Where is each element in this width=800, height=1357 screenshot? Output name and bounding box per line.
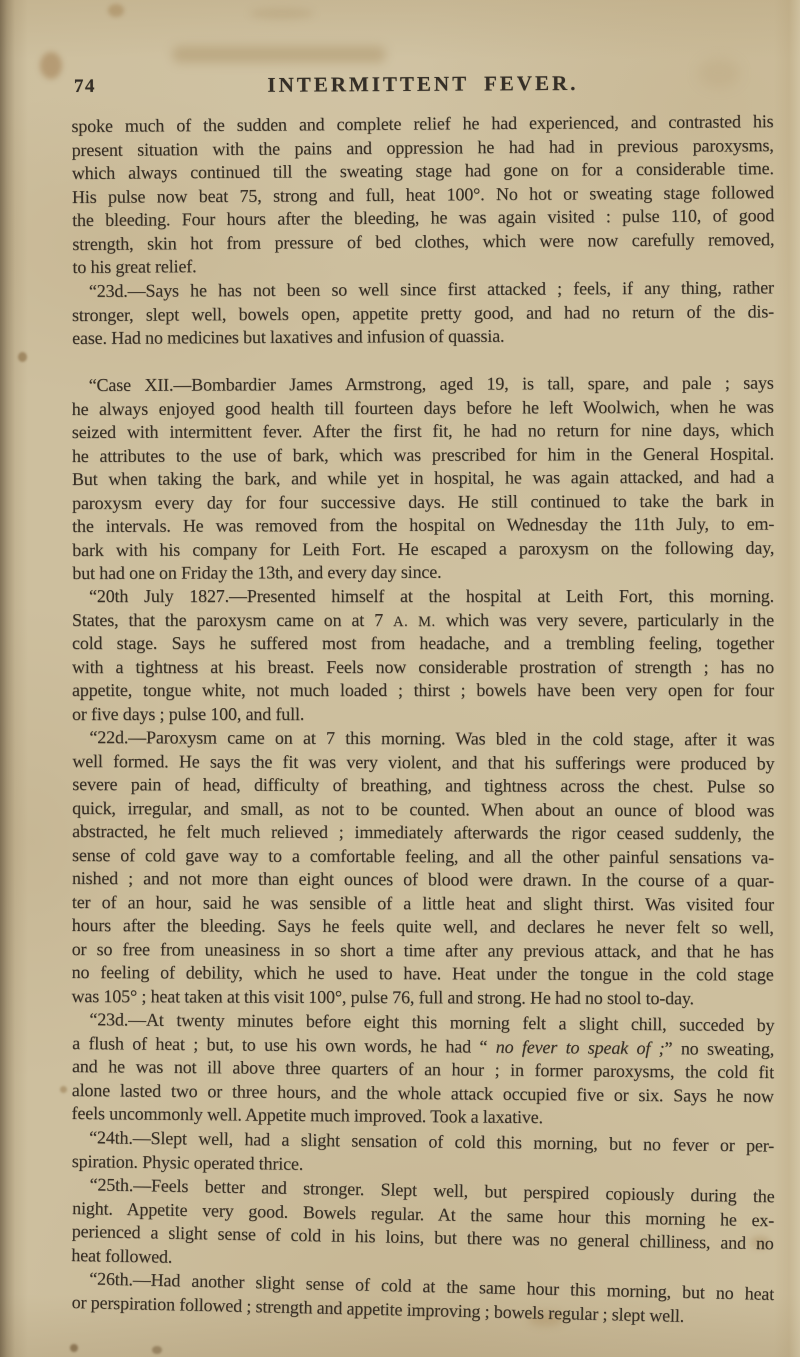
text-line: “22d.—Paroxysm came on at 7 this morning…: [72, 726, 774, 752]
text-line: cold stage. Says he suffered most from h…: [72, 632, 774, 656]
text-line: appetite, tongue white, not much loaded …: [72, 679, 774, 703]
text-line: he always enjoyed good health till fourt…: [72, 395, 774, 421]
left-edge-shadow: [0, 0, 30, 1357]
text-line: sense of cold gave way to a comfortable …: [72, 844, 774, 870]
text-line: quick, irregular, and small, as not to b…: [72, 797, 774, 823]
text-line: the intervals. He was removed from the h…: [72, 512, 774, 538]
text-line: to his great relief.: [72, 251, 774, 279]
text-segment: ” no sweating,: [664, 1038, 774, 1059]
paragraph: “25th.—Feels better and stronger. Slept …: [71, 1173, 775, 1279]
text-line: strength, skin hot from pressure of bed …: [72, 228, 774, 256]
text-line: he attributes to the use of bark, which …: [72, 442, 774, 468]
small-caps-text: A. M.: [393, 614, 436, 630]
text-line: was 105° ; heat taken at this visit 100°…: [72, 984, 774, 1010]
ink-smudge: [172, 46, 386, 63]
text-line: paroxysm every day for four successive d…: [72, 489, 774, 515]
foxing-spot: [152, 1346, 162, 1354]
text-line: nished ; and not more than eight ounces …: [72, 867, 774, 893]
text-line: or so free from uneasiness in so short a…: [72, 937, 774, 963]
paragraph: “20th July 1827.—Presented himself at th…: [72, 585, 774, 726]
running-head: INTERMITTENT FEVER.: [72, 70, 774, 99]
text-line: “Case XII.—Bombardier James Armstrong, a…: [72, 371, 774, 397]
foxing-spot: [108, 4, 124, 17]
text-line: seized with intermittent fever. After th…: [72, 418, 774, 444]
foxing-spot: [70, 1344, 78, 1352]
text-line: well formed. He says the fit was very vi…: [72, 750, 774, 776]
text-line: hours after the bleeding. Says he feels …: [72, 914, 774, 940]
page-header: 74 INTERMITTENT FEVER.: [72, 70, 774, 100]
text-segment: a flush of heat ; but, to use his own wo…: [72, 1033, 496, 1057]
text-line: no feeling of debility, which he used to…: [72, 961, 774, 987]
quoted-italic-text: no fever to speak of ;: [496, 1036, 665, 1057]
text-line: But when taking the bark, and while yet …: [72, 465, 774, 491]
paragraph: “Case XII.—Bombardier James Armstrong, a…: [72, 371, 775, 585]
text-line: abstracted, he felt much relieved ; imme…: [72, 820, 774, 846]
text-segment: which was very severe, particularly in t…: [436, 610, 774, 630]
text-line: “23d.—Says he has not been so well since…: [72, 276, 774, 303]
paragraph: “24th.—Slept well, had a slight sensatio…: [72, 1126, 775, 1182]
text-line: stronger, slept well, bowels open, appet…: [72, 299, 774, 326]
page-number: 74: [74, 76, 96, 98]
foxing-spot: [40, 52, 62, 79]
text-line: ter of an hour, said he was sensible of …: [72, 890, 774, 916]
text-segment: States, that the paroxysm came on at 7: [72, 610, 393, 630]
foxing-spot: [250, 8, 314, 19]
book-page: 74 INTERMITTENT FEVER. spoke much of the…: [0, 0, 800, 1357]
paragraph: “23d.—Says he has not been so well since…: [72, 276, 774, 350]
paragraph: “22d.—Paroxysm came on at 7 this morning…: [72, 726, 775, 1010]
text-line: but had one on Friday the 13th, and ever…: [72, 559, 774, 585]
page-text: spoke much of the sudden and complete re…: [72, 115, 774, 1314]
text-line: bark with his company for Leith Fort. He…: [72, 536, 774, 562]
text-line: States, that the paroxysm came on at 7 A…: [72, 609, 774, 633]
foxing-spot: [18, 352, 27, 362]
text-line: ease. Had no medicines but laxatives and…: [72, 323, 774, 350]
text-line: with a tightness at his breast. Feels no…: [72, 656, 774, 680]
top-edge-shadow: [0, 0, 800, 70]
paragraph: “23d.—At twenty minutes before eight thi…: [71, 1008, 774, 1132]
text-line: “20th July 1827.—Presented himself at th…: [72, 585, 774, 609]
foxing-spot: [60, 1086, 67, 1093]
paragraph: spoke much of the sudden and complete re…: [71, 110, 774, 279]
text-line: severe pain of head, difficulty of breat…: [72, 773, 774, 799]
right-edge-shadow: [772, 0, 800, 1357]
text-line: or five days ; pulse 100, and full.: [72, 703, 774, 727]
